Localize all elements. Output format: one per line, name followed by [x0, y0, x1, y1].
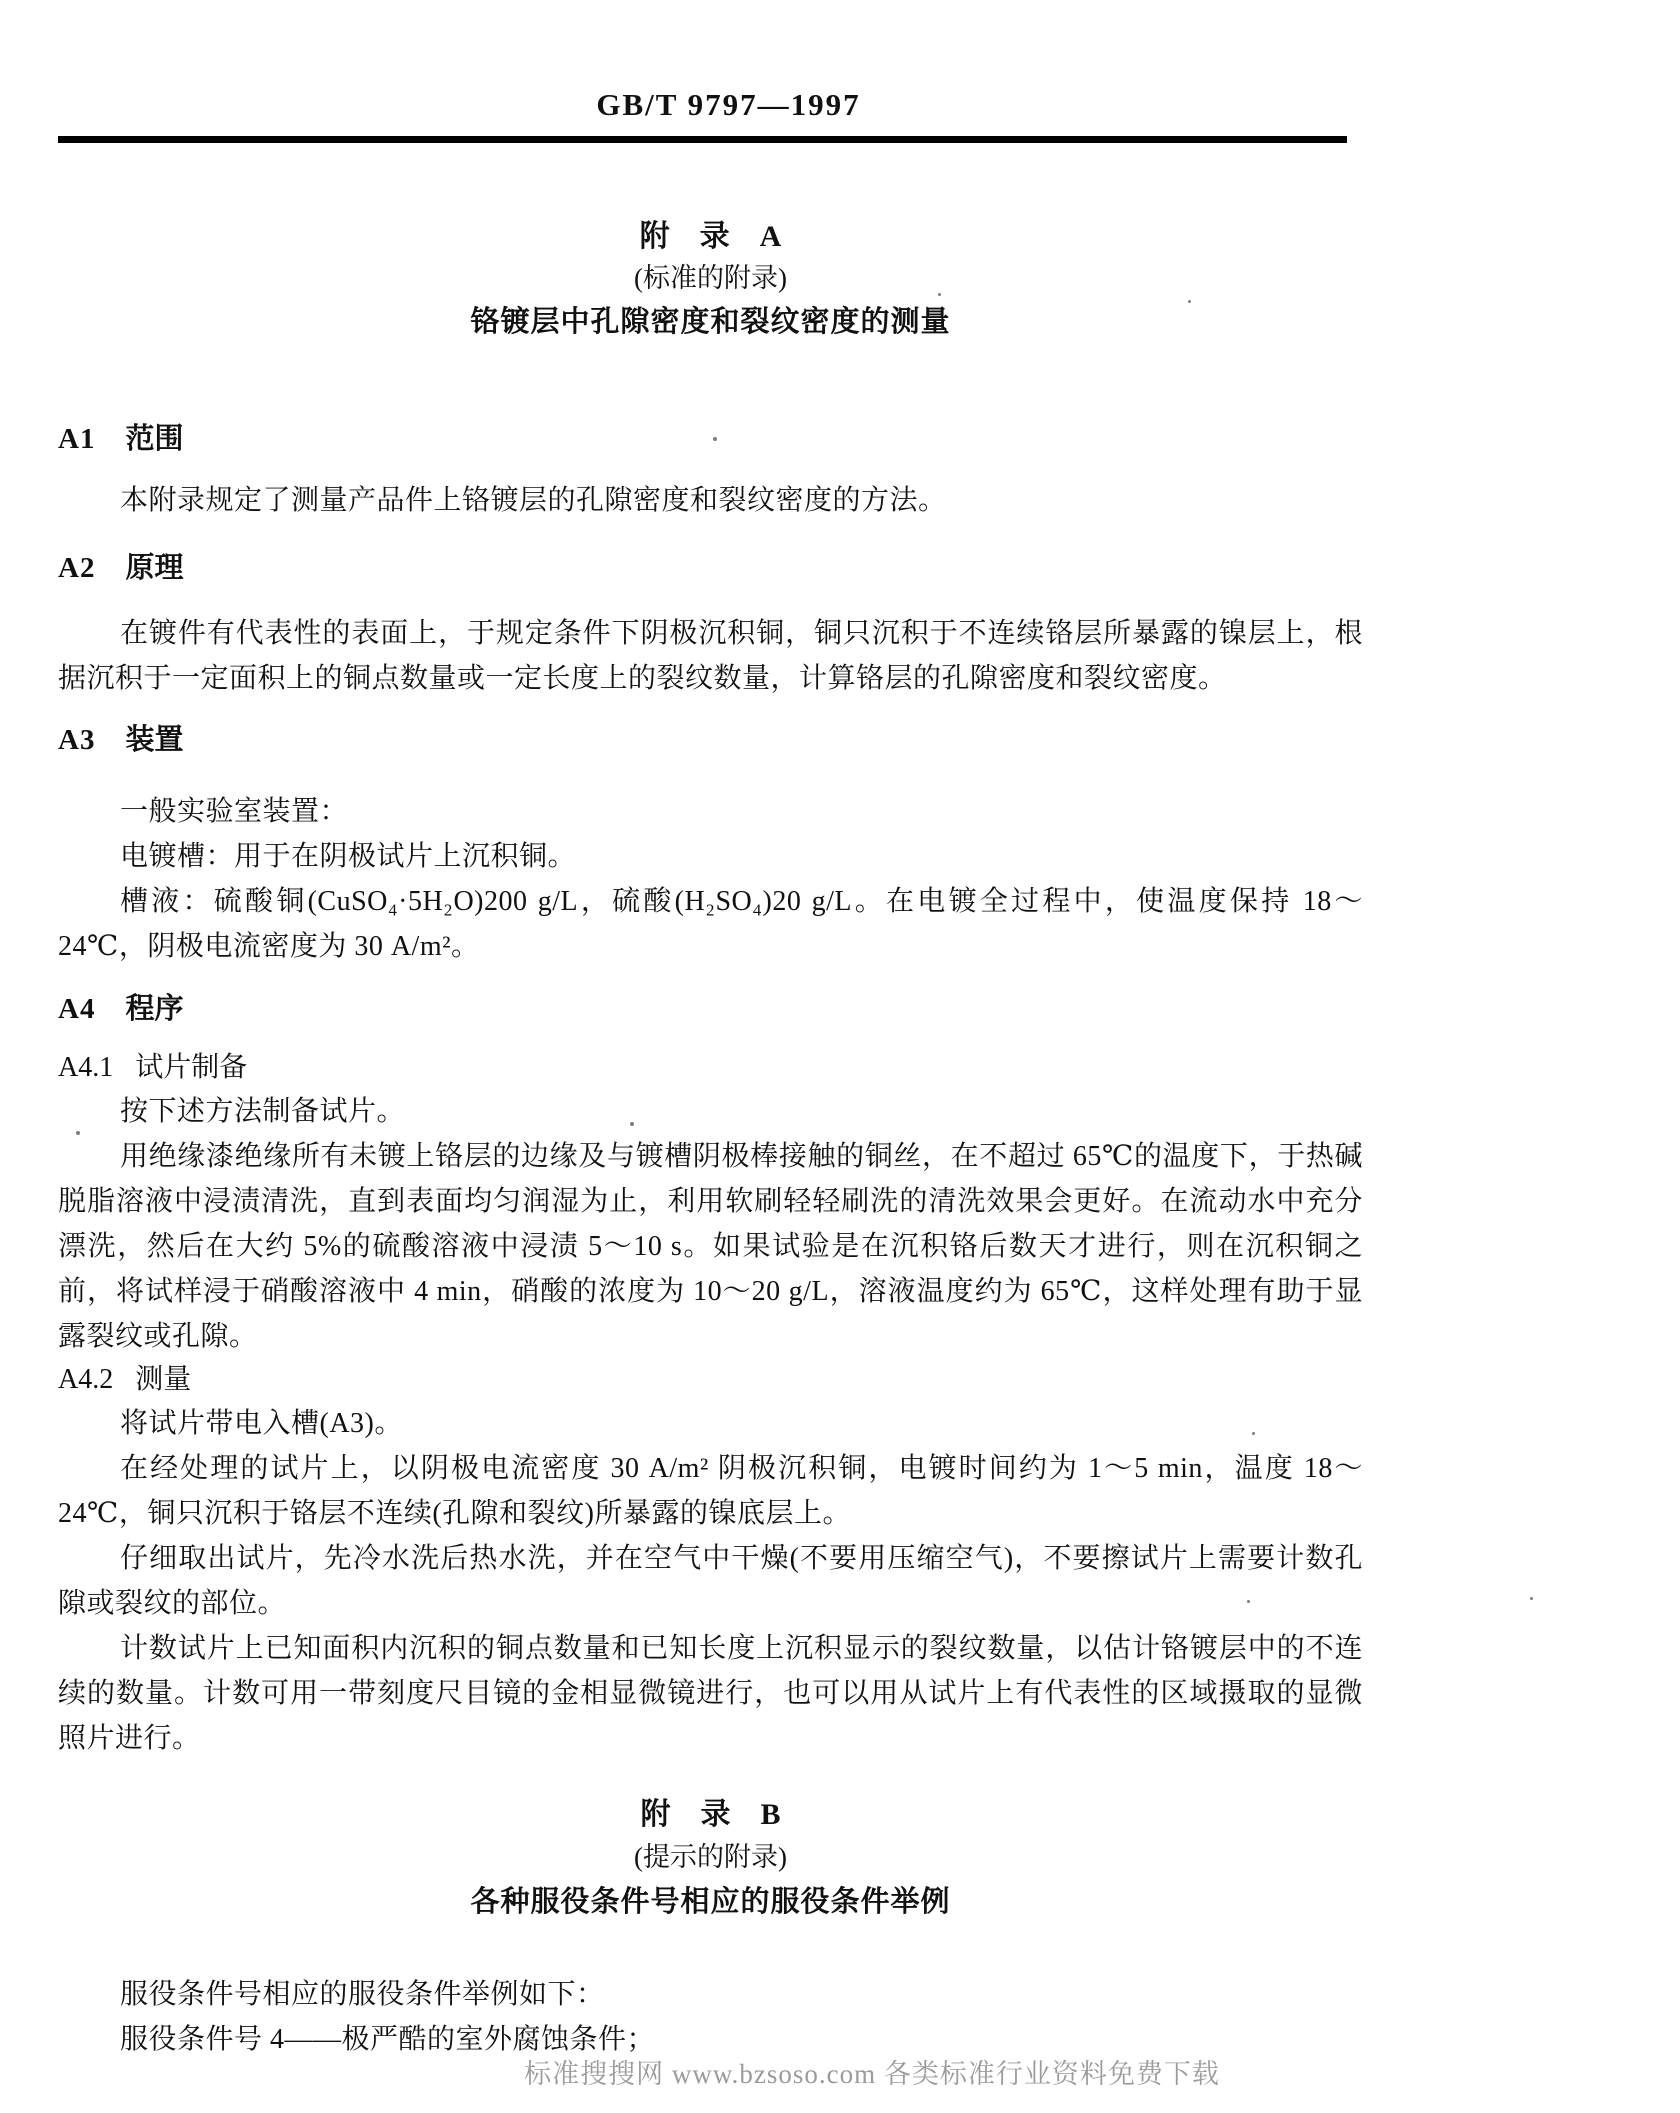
- section-a42-number: A4.2: [58, 1364, 113, 1395]
- appendix-b-title: 附 录 B: [58, 1795, 1363, 1835]
- section-a1-number: A1: [58, 423, 95, 455]
- section-a2-number: A2: [58, 552, 95, 584]
- header-rule: [58, 136, 1347, 143]
- scanned-document-page: GB/T 9797—1997 附 录 A (标准的附录) 铬镀层中孔隙密度和裂纹…: [0, 0, 1680, 2113]
- appendix-b-heading: 各种服役条件号相应的服役条件举例: [58, 1882, 1363, 1922]
- section-a42-paragraph-2: 在经处理的试片上，以阴极电流密度 30 A/m² 阴极沉积铜，电镀时间约为 1～…: [58, 1446, 1363, 1536]
- section-a4-title: 程序: [125, 993, 183, 1025]
- section-a1-heading: A1范围: [58, 418, 1363, 460]
- section-a42-heading: A4.2测量: [58, 1359, 1363, 1401]
- section-a41-title: 试片制备: [135, 1052, 247, 1083]
- section-a42-paragraph-4: 计数试片上已知面积内沉积的铜点数量和已知长度上沉积显示的裂纹数量，以估计铬镀层中…: [58, 1626, 1363, 1761]
- section-a41-paragraph-2: 用绝缘漆绝缘所有未镀上铬层的边缘及与镀槽阴极棒接触的铜丝，在不超过 65℃的温度…: [58, 1134, 1363, 1359]
- appendix-a-heading: 铬镀层中孔隙密度和裂纹密度的测量: [58, 302, 1363, 342]
- section-a41-number: A4.1: [58, 1052, 113, 1083]
- section-a41-heading: A4.1试片制备: [58, 1047, 1363, 1089]
- section-a4-number: A4: [58, 993, 95, 1025]
- watermark-text: 标准搜搜网 www.bzsoso.com 各类标准行业资料免费下载: [32, 2056, 1680, 2092]
- scan-speck: [1247, 1600, 1250, 1603]
- section-a4-heading: A4程序: [58, 988, 1363, 1030]
- scan-speck: [713, 437, 717, 441]
- section-a42-paragraph-3: 仔细取出试片，先冷水洗后热水洗，并在空气中干燥(不要用压缩空气)，不要擦试片上需…: [58, 1536, 1363, 1626]
- section-a3-paragraph-2: 电镀槽：用于在阴极试片上沉积铜。: [58, 834, 1363, 879]
- scan-speck: [630, 1122, 634, 1126]
- appendix-a-subtitle: (标准的附录): [58, 260, 1363, 296]
- section-a3-number: A3: [58, 724, 95, 756]
- section-a2-heading: A2原理: [58, 547, 1363, 589]
- section-a3-title: 装置: [125, 724, 183, 756]
- section-a2-paragraph: 在镀件有代表性的表面上，于规定条件下阴极沉积铜，铜只沉积于不连续铬层所暴露的镍层…: [58, 611, 1363, 701]
- standard-number-header: GB/T 9797—1997: [76, 88, 1381, 122]
- section-a3-paragraph-3: 槽液：硫酸铜(CuSO₄·5H₂O)200 g/L，硫酸(H₂SO₄)20 g/…: [58, 879, 1363, 969]
- document-content-column: GB/T 9797—1997 附 录 A (标准的附录) 铬镀层中孔隙密度和裂纹…: [58, 0, 1363, 2062]
- section-a3-paragraph-1: 一般实验室装置：: [58, 789, 1363, 834]
- appendix-a-title: 附 录 A: [58, 217, 1363, 257]
- section-a1-title: 范围: [125, 423, 183, 455]
- section-a42-paragraph-1: 将试片带电入槽(A3)。: [58, 1401, 1363, 1446]
- scan-speck: [938, 293, 941, 296]
- scan-speck: [76, 1131, 80, 1135]
- section-a41-paragraph-1: 按下述方法制备试片。: [58, 1089, 1363, 1134]
- section-a1-paragraph: 本附录规定了测量产品件上铬镀层的孔隙密度和裂纹密度的方法。: [58, 478, 1363, 523]
- scan-speck: [1530, 1597, 1533, 1600]
- appendix-b-subtitle: (提示的附录): [58, 1839, 1363, 1875]
- section-a42-title: 测量: [135, 1364, 191, 1395]
- section-a2-title: 原理: [125, 552, 183, 584]
- scan-speck: [1188, 300, 1191, 303]
- section-a3-heading: A3装置: [58, 719, 1363, 761]
- scan-speck: [1252, 1432, 1255, 1435]
- appendix-b-paragraph-1: 服役条件号相应的服役条件举例如下：: [58, 1972, 1363, 2017]
